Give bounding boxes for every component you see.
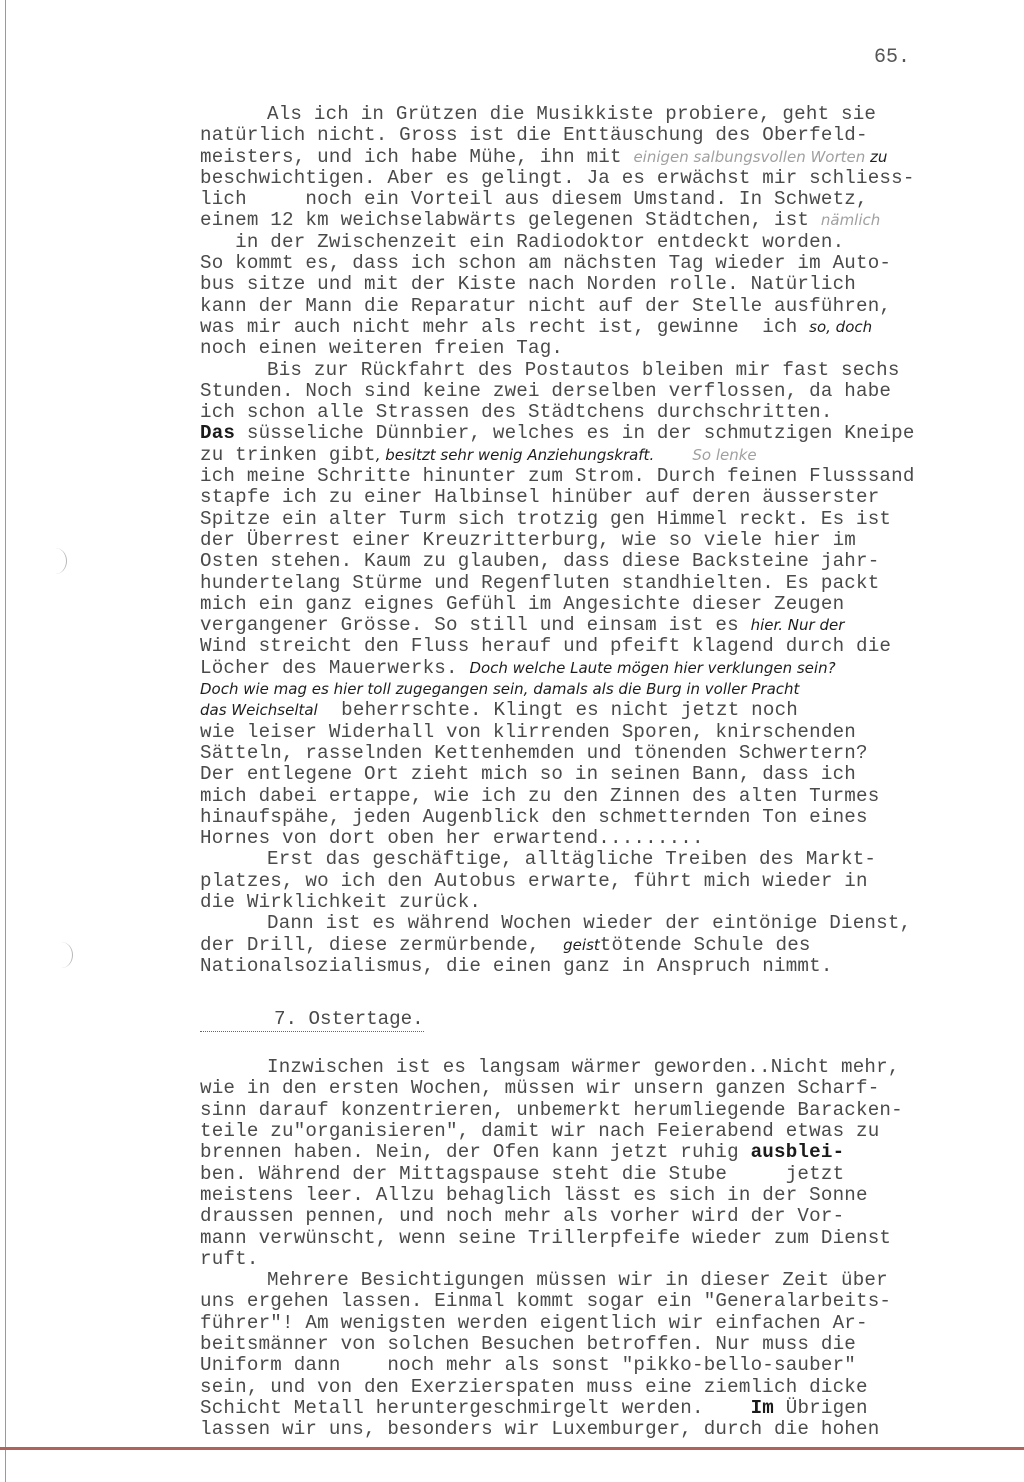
typed-text: Schicht Metall heruntergeschmirgelt werd…	[200, 1397, 751, 1419]
typed-text: die Wirklichkeit zurück.	[200, 891, 481, 913]
typed-text: der Drill, diese zermürbende,	[200, 934, 563, 956]
handwritten-annotation: nämlich	[821, 211, 880, 229]
typed-text: sein, und von den Exerzierspaten muss ei…	[200, 1376, 868, 1398]
typed-text: brennen haben. Nein, der Ofen kann jetzt…	[200, 1141, 751, 1163]
handwritten-annotation: so, doch	[809, 318, 872, 336]
typed-text: lassen wir uns, besonders wir Luxemburge…	[200, 1418, 879, 1440]
punch-hole-upper	[44, 548, 67, 574]
page-number: 65.	[874, 46, 910, 69]
typed-text: teile zu"organisieren", damit wir nach F…	[200, 1120, 879, 1142]
text-line: das Weichseltal beherrschte. Klingt es n…	[200, 700, 990, 721]
text-line: stapfe ich zu einer Halbinsel hinüber au…	[200, 487, 990, 508]
typed-text: einem 12 km weichselabwärts gelegenen St…	[200, 209, 821, 231]
typed-text: ich meine Schritte hinunter zum Strom. D…	[200, 465, 915, 487]
text-line: meisters, und ich habe Mühe, ihn mit ein…	[200, 147, 990, 168]
typed-text: beherrschte. Klingt es nicht jetzt noch	[318, 699, 798, 721]
text-line: meistens leer. Allzu behaglich lässt es …	[200, 1185, 990, 1206]
text-line: Sätteln, rasselnden Kettenhemden und tön…	[200, 743, 990, 764]
typed-text: wie leiser Widerhall von klirrenden Spor…	[200, 721, 856, 743]
text-line: bus sitze und mit der Kiste nach Norden …	[200, 274, 990, 295]
typed-text: was mir auch nicht mehr als recht ist, g…	[200, 316, 809, 338]
section-heading-wrap: 7. Ostertage.	[200, 1007, 990, 1049]
typed-text: beitsmänner von solchen Besuchen betroff…	[200, 1333, 856, 1355]
text-line: Das süsseliche Dünnbier, welches es in d…	[200, 423, 990, 444]
typed-text: ben. Während der Mittagspause steht die …	[200, 1163, 844, 1185]
typed-text: vergangener Grösse. So still und einsam …	[200, 614, 751, 636]
typed-text: zu trinken gibt	[200, 444, 376, 466]
typewritten-page-body: Als ich in Grützen die Musikkiste probie…	[200, 104, 990, 1441]
typed-text: tötende Schule des	[600, 934, 811, 956]
handwritten-annotation: , besitzt sehr wenig Anziehungskraft.	[376, 446, 693, 464]
text-after-heading: Inzwischen ist es langsam wärmer geworde…	[200, 1057, 990, 1440]
text-line: mann verwünscht, wenn seine Trillerpfeif…	[200, 1228, 990, 1249]
ink-correction: ausblei-	[751, 1141, 845, 1163]
text-line: einem 12 km weichselabwärts gelegenen St…	[200, 210, 990, 231]
text-line: zu trinken gibt, besitzt sehr wenig Anzi…	[200, 445, 990, 466]
handwritten-annotation: Doch wie mag es hier toll zugegangen sei…	[200, 680, 799, 698]
text-line: teile zu"organisieren", damit wir nach F…	[200, 1121, 990, 1142]
text-line: wie leiser Widerhall von klirrenden Spor…	[200, 722, 990, 743]
text-line: Osten stehen. Kaum zu glauben, dass dies…	[200, 551, 990, 572]
typed-text: Mehrere Besichtigungen müssen wir in die…	[267, 1269, 888, 1291]
typed-text: bus sitze und mit der Kiste nach Norden …	[200, 273, 856, 295]
typed-text: platzes, wo ich den Autobus erwarte, füh…	[200, 870, 868, 892]
text-line: hinaufspähe, jeden Augenblick den schmet…	[200, 807, 990, 828]
ink-correction: Das	[200, 422, 235, 444]
text-line: Spitze ein alter Turm sich trotzig gen H…	[200, 509, 990, 530]
typed-text: lich noch ein Vorteil aus diesem Umstand…	[200, 188, 868, 210]
handwritten-annotation: hier. Nur der	[751, 616, 845, 634]
text-line: brennen haben. Nein, der Ofen kann jetzt…	[200, 1142, 990, 1163]
text-line: noch einen weiteren freien Tag.	[200, 338, 990, 359]
typed-text: uns ergehen lassen. Einmal kommt sogar e…	[200, 1290, 891, 1312]
typed-text: Wind streicht den Fluss herauf und pfeif…	[200, 635, 891, 657]
typed-text: Stunden. Noch sind keine zwei derselben …	[200, 380, 891, 402]
typed-text: Hornes von dort oben her erwartend......…	[200, 827, 704, 849]
typed-text: Löcher des Mauerwerks.	[200, 657, 469, 679]
text-line: ich meine Schritte hinunter zum Strom. D…	[200, 466, 990, 487]
typed-text: hundertelang Stürme und Regenfluten stan…	[200, 572, 879, 594]
typed-text: natürlich nicht. Gross ist die Enttäusch…	[200, 124, 868, 146]
text-before-heading: Als ich in Grützen die Musikkiste probie…	[200, 104, 990, 977]
handwritten-annotation: einigen salbungsvollen Worten	[633, 148, 865, 166]
typed-text: hinaufspähe, jeden Augenblick den schmet…	[200, 806, 868, 828]
text-line: Dann ist es während Wochen wieder der ei…	[200, 913, 990, 934]
ink-correction: Im	[751, 1397, 774, 1419]
typed-text: mich ein ganz eignes Gefühl im Angesicht…	[200, 593, 844, 615]
text-line: der Drill, diese zermürbende, geisttöten…	[200, 935, 990, 956]
typed-text: in der Zwischenzeit ein Radiodoktor entd…	[200, 231, 844, 253]
punch-hole-lower	[50, 942, 73, 968]
text-line: natürlich nicht. Gross ist die Enttäusch…	[200, 125, 990, 146]
typed-text: mann verwünscht, wenn seine Trillerpfeif…	[200, 1227, 891, 1249]
typed-text: Übrigen	[774, 1397, 868, 1419]
typed-text: ruft.	[200, 1248, 259, 1270]
text-line: der Überrest einer Kreuzritterburg, wie …	[200, 530, 990, 551]
text-line: Inzwischen ist es langsam wärmer geworde…	[200, 1057, 990, 1078]
text-line: beschwichtigen. Aber es gelingt. Ja es e…	[200, 168, 990, 189]
typed-text: ich schon alle Strassen des Städtchens d…	[200, 401, 833, 423]
text-line: was mir auch nicht mehr als recht ist, g…	[200, 317, 990, 338]
text-line: Als ich in Grützen die Musikkiste probie…	[200, 104, 990, 125]
text-line: Wind streicht den Fluss herauf und pfeif…	[200, 636, 990, 657]
text-line: lassen wir uns, besonders wir Luxemburge…	[200, 1419, 990, 1440]
typed-text: Erst das geschäftige, alltägliche Treibe…	[267, 848, 876, 870]
text-line: Erst das geschäftige, alltägliche Treibe…	[200, 849, 990, 870]
text-line: Schicht Metall heruntergeschmirgelt werd…	[200, 1398, 990, 1419]
text-line: Doch wie mag es hier toll zugegangen sei…	[200, 679, 990, 700]
typed-text: Der entlegene Ort zieht mich so in seine…	[200, 763, 856, 785]
typed-text: der Überrest einer Kreuzritterburg, wie …	[200, 529, 856, 551]
text-line: in der Zwischenzeit ein Radiodoktor entd…	[200, 232, 990, 253]
typed-text: Dann ist es während Wochen wieder der ei…	[267, 912, 911, 934]
text-line: wie in den ersten Wochen, müssen wir uns…	[200, 1078, 990, 1099]
scan-edge-red-line	[0, 1447, 1024, 1450]
typed-text: Sätteln, rasselnden Kettenhemden und tön…	[200, 742, 868, 764]
text-line: vergangener Grösse. So still und einsam …	[200, 615, 990, 636]
typed-text: Osten stehen. Kaum zu glauben, dass dies…	[200, 550, 879, 572]
typed-text: noch einen weiteren freien Tag.	[200, 337, 563, 359]
typed-text: Nationalsozialismus, die einen ganz in A…	[200, 955, 833, 977]
handwritten-annotation: das Weichseltal	[200, 701, 318, 719]
text-line: sein, und von den Exerzierspaten muss ei…	[200, 1377, 990, 1398]
text-line: So kommt es, dass ich schon am nächsten …	[200, 253, 990, 274]
handwritten-annotation: So lenke	[692, 446, 756, 464]
text-line: mich ein ganz eignes Gefühl im Angesicht…	[200, 594, 990, 615]
text-line: Bis zur Rückfahrt des Postautos bleiben …	[200, 360, 990, 381]
text-line: mich dabei ertappe, wie ich zu den Zinne…	[200, 786, 990, 807]
typed-text: meisters, und ich habe Mühe, ihn mit	[200, 146, 633, 168]
text-line: beitsmänner von solchen Besuchen betroff…	[200, 1334, 990, 1355]
typed-text: sinn darauf konzentrieren, unbemerkt her…	[200, 1099, 903, 1121]
typed-text: So kommt es, dass ich schon am nächsten …	[200, 252, 891, 274]
handwritten-annotation: geist	[563, 936, 600, 954]
text-line: ruft.	[200, 1249, 990, 1270]
text-line: Der entlegene Ort zieht mich so in seine…	[200, 764, 990, 785]
typed-text: kann der Mann die Reparatur nicht auf de…	[200, 295, 891, 317]
text-line: Stunden. Noch sind keine zwei derselben …	[200, 381, 990, 402]
text-line: Mehrere Besichtigungen müssen wir in die…	[200, 1270, 990, 1291]
text-line: Uniform dann noch mehr als sonst "pikko-…	[200, 1355, 990, 1376]
text-line: sinn darauf konzentrieren, unbemerkt her…	[200, 1100, 990, 1121]
typed-text: meistens leer. Allzu behaglich lässt es …	[200, 1184, 868, 1206]
typed-text: Als ich in Grützen die Musikkiste probie…	[267, 103, 876, 125]
text-line: platzes, wo ich den Autobus erwarte, füh…	[200, 871, 990, 892]
binding-edge-line	[5, 0, 6, 1482]
typed-text: draussen pennen, und noch mehr als vorhe…	[200, 1205, 844, 1227]
text-line: Hornes von dort oben her erwartend......…	[200, 828, 990, 849]
handwritten-annotation: Doch welche Laute mögen hier verklungen …	[469, 659, 835, 677]
typed-text: Inzwischen ist es langsam wärmer geworde…	[267, 1056, 900, 1078]
text-line: ben. Während der Mittagspause steht die …	[200, 1164, 990, 1185]
section-heading: 7. Ostertage.	[200, 1007, 424, 1032]
typed-text: Spitze ein alter Turm sich trotzig gen H…	[200, 508, 891, 530]
typed-text: Uniform dann noch mehr als sonst "pikko-…	[200, 1354, 856, 1376]
typed-text: wie in den ersten Wochen, müssen wir uns…	[200, 1077, 879, 1099]
text-line: ich schon alle Strassen des Städtchens d…	[200, 402, 990, 423]
text-line: führer"! Am wenigsten werden eigentlich …	[200, 1313, 990, 1334]
typed-text: beschwichtigen. Aber es gelingt. Ja es e…	[200, 167, 915, 189]
text-line: hundertelang Stürme und Regenfluten stan…	[200, 573, 990, 594]
text-line: Nationalsozialismus, die einen ganz in A…	[200, 956, 990, 977]
typed-text: süsseliche Dünnbier, welches es in der s…	[235, 422, 914, 444]
typed-text: stapfe ich zu einer Halbinsel hinüber au…	[200, 486, 879, 508]
typed-text: führer"! Am wenigsten werden eigentlich …	[200, 1312, 868, 1334]
handwritten-annotation: zu	[865, 148, 887, 166]
text-line: die Wirklichkeit zurück.	[200, 892, 990, 913]
text-line: uns ergehen lassen. Einmal kommt sogar e…	[200, 1291, 990, 1312]
text-line: draussen pennen, und noch mehr als vorhe…	[200, 1206, 990, 1227]
typed-text: mich dabei ertappe, wie ich zu den Zinne…	[200, 785, 879, 807]
text-line: kann der Mann die Reparatur nicht auf de…	[200, 296, 990, 317]
text-line: Löcher des Mauerwerks. Doch welche Laute…	[200, 658, 990, 679]
typed-text: Bis zur Rückfahrt des Postautos bleiben …	[267, 359, 900, 381]
text-line: lich noch ein Vorteil aus diesem Umstand…	[200, 189, 990, 210]
